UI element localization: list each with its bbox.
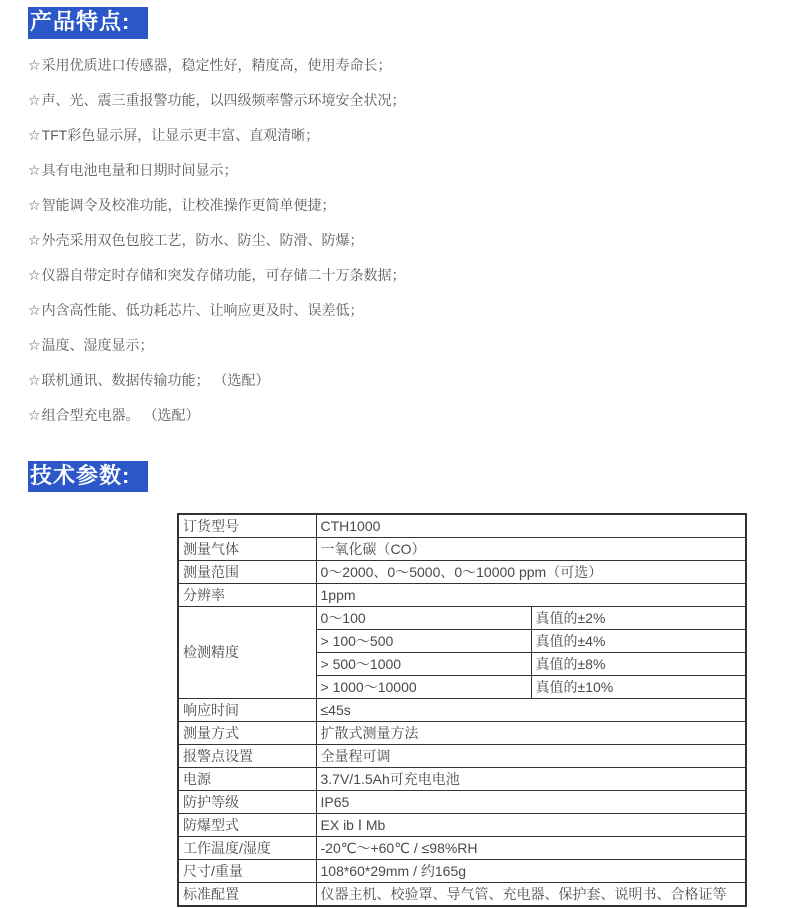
- spec-label: 响应时间: [178, 699, 316, 722]
- feature-item: ☆智能调令及校准功能，让校准操作更简单便捷；: [28, 188, 800, 223]
- table-row: 测量方式 扩散式测量方法: [178, 722, 746, 745]
- feature-text: 仪器自带定时存储和突发存储功能，可存储二十万条数据；: [42, 265, 406, 285]
- table-row: 防护等级 IP65: [178, 791, 746, 814]
- spec-value: -20℃～+60℃ / ≤98%RH: [316, 837, 746, 860]
- feature-text: 外壳采用双色包胶工艺，防水、防尘、防滑、防爆；: [42, 230, 364, 250]
- spec-label: 工作温度/湿度: [178, 837, 316, 860]
- spec-value: EX ib Ⅰ Mb: [316, 814, 746, 837]
- precision-range: > 100～500: [316, 630, 531, 653]
- feature-text: 智能调令及校准功能，让校准操作更简单便捷；: [42, 195, 336, 215]
- star-bullet-icon: ☆: [28, 197, 41, 214]
- spec-value: ≤45s: [316, 699, 746, 722]
- star-bullet-icon: ☆: [28, 267, 41, 284]
- specs-section-title: 技术参数:: [28, 461, 148, 493]
- table-row: 测量范围 0～2000、0～5000、0～10000 ppm（可选）: [178, 561, 746, 584]
- spec-label: 标准配置: [178, 883, 316, 907]
- spec-value: IP65: [316, 791, 746, 814]
- spec-label: 测量范围: [178, 561, 316, 584]
- precision-range: 0～100: [316, 607, 531, 630]
- specs-table: 订货型号 CTH1000 测量气体 一氧化碳（CO） 测量范围 0～2000、0…: [177, 513, 747, 907]
- star-bullet-icon: ☆: [28, 57, 41, 74]
- spec-label: 检测精度: [178, 607, 316, 699]
- feature-text: 具有电池电量和日期时间显示；: [42, 160, 238, 180]
- feature-item: ☆声、光、震三重报警功能，以四级频率警示环境安全状况；: [28, 83, 800, 118]
- spec-value: 扩散式测量方法: [316, 722, 746, 745]
- precision-accuracy: 真值的±2%: [531, 607, 746, 630]
- spec-value: 1ppm: [316, 584, 746, 607]
- feature-item: ☆联机通讯、数据传输功能； （选配）: [28, 363, 800, 398]
- table-row: 订货型号 CTH1000: [178, 514, 746, 538]
- feature-text: 联机通讯、数据传输功能； （选配）: [42, 370, 270, 390]
- spec-value: 一氧化碳（CO）: [316, 538, 746, 561]
- feature-text: 内含高性能、低功耗芯片、让响应更及时、误差低；: [42, 300, 364, 320]
- star-bullet-icon: ☆: [28, 407, 41, 424]
- spec-value: 108*60*29mm / 约165g: [316, 860, 746, 883]
- features-section-title: 产品特点:: [28, 7, 148, 39]
- spec-value: 3.7V/1.5Ah可充电电池: [316, 768, 746, 791]
- table-row: 标准配置 仪器主机、校验罩、导气管、充电器、保护套、说明书、合格证等: [178, 883, 746, 907]
- spec-label: 防护等级: [178, 791, 316, 814]
- table-row: 测量气体 一氧化碳（CO）: [178, 538, 746, 561]
- feature-item: ☆仪器自带定时存储和突发存储功能，可存储二十万条数据；: [28, 258, 800, 293]
- spec-value: 0～2000、0～5000、0～10000 ppm（可选）: [316, 561, 746, 584]
- precision-range: > 500～1000: [316, 653, 531, 676]
- precision-accuracy: 真值的±4%: [531, 630, 746, 653]
- spec-value: 仪器主机、校验罩、导气管、充电器、保护套、说明书、合格证等: [316, 883, 746, 907]
- feature-text: 温度、湿度显示；: [42, 335, 154, 355]
- star-bullet-icon: ☆: [28, 162, 41, 179]
- table-row: 尺寸/重量 108*60*29mm / 约165g: [178, 860, 746, 883]
- table-row: 电源 3.7V/1.5Ah可充电电池: [178, 768, 746, 791]
- star-bullet-icon: ☆: [28, 127, 41, 144]
- feature-text: 组合型充电器。 （选配）: [42, 405, 200, 425]
- feature-item: ☆温度、湿度显示；: [28, 328, 800, 363]
- table-row: 响应时间 ≤45s: [178, 699, 746, 722]
- features-list: ☆采用优质进口传感器，稳定性好，精度高，使用寿命长； ☆声、光、震三重报警功能，…: [28, 48, 800, 433]
- precision-range: > 1000～10000: [316, 676, 531, 699]
- star-bullet-icon: ☆: [28, 92, 41, 109]
- table-row: 报警点设置 全量程可调: [178, 745, 746, 768]
- feature-item: ☆外壳采用双色包胶工艺，防水、防尘、防滑、防爆；: [28, 223, 800, 258]
- feature-text: TFT彩色显示屏，让显示更丰富、直观清晰；: [42, 125, 320, 145]
- product-detail-page: 产品特点: ☆采用优质进口传感器，稳定性好，精度高，使用寿命长； ☆声、光、震三…: [0, 0, 800, 908]
- feature-item: ☆内含高性能、低功耗芯片、让响应更及时、误差低；: [28, 293, 800, 328]
- feature-item: ☆采用优质进口传感器，稳定性好，精度高，使用寿命长；: [28, 48, 800, 83]
- spec-label: 测量方式: [178, 722, 316, 745]
- table-row: 工作温度/湿度 -20℃～+60℃ / ≤98%RH: [178, 837, 746, 860]
- spec-value: CTH1000: [316, 514, 746, 538]
- feature-item: ☆组合型充电器。 （选配）: [28, 398, 800, 433]
- star-bullet-icon: ☆: [28, 302, 41, 319]
- feature-text: 采用优质进口传感器，稳定性好，精度高，使用寿命长；: [42, 55, 392, 75]
- spec-label: 订货型号: [178, 514, 316, 538]
- precision-accuracy: 真值的±8%: [531, 653, 746, 676]
- feature-item: ☆TFT彩色显示屏，让显示更丰富、直观清晰；: [28, 118, 800, 153]
- feature-item: ☆具有电池电量和日期时间显示；: [28, 153, 800, 188]
- table-row: 检测精度 0～100 真值的±2%: [178, 607, 746, 630]
- spec-label: 报警点设置: [178, 745, 316, 768]
- feature-text: 声、光、震三重报警功能，以四级频率警示环境安全状况；: [42, 90, 406, 110]
- spec-label: 尺寸/重量: [178, 860, 316, 883]
- spec-value: 全量程可调: [316, 745, 746, 768]
- table-row: 分辨率 1ppm: [178, 584, 746, 607]
- spec-label: 电源: [178, 768, 316, 791]
- spec-label: 分辨率: [178, 584, 316, 607]
- spec-label: 防爆型式: [178, 814, 316, 837]
- star-bullet-icon: ☆: [28, 372, 41, 389]
- star-bullet-icon: ☆: [28, 232, 41, 249]
- star-bullet-icon: ☆: [28, 337, 41, 354]
- table-row: 防爆型式 EX ib Ⅰ Mb: [178, 814, 746, 837]
- precision-accuracy: 真值的±10%: [531, 676, 746, 699]
- spec-label: 测量气体: [178, 538, 316, 561]
